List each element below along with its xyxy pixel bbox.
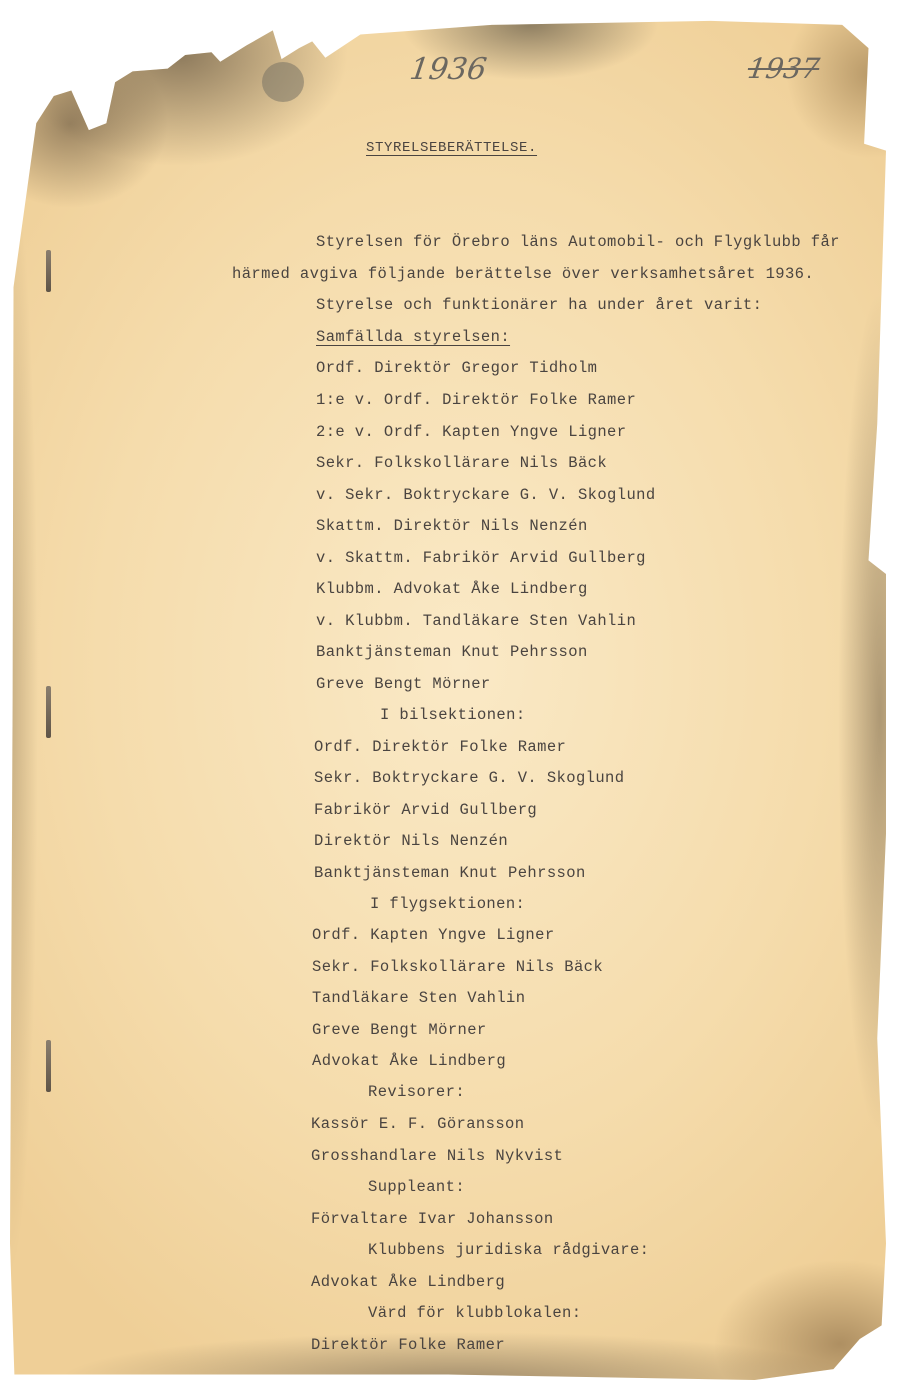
document-title: STYRELSEBERÄTTELSE. (366, 140, 537, 156)
member-line: Sekr. Folkskollärare Nils Bäck (316, 454, 607, 472)
section-heading-vard-klubblokalen: Värd för klubblokalen: (368, 1304, 581, 1322)
member-line: Klubbm. Advokat Åke Lindberg (316, 580, 588, 598)
member-line: v. Skattm. Fabrikör Arvid Gullberg (316, 549, 646, 567)
member-line: Ordf. Direktör Gregor Tidholm (316, 359, 597, 377)
staple-mark (46, 250, 51, 292)
member-line: Grosshandlare Nils Nykvist (311, 1147, 563, 1165)
handwritten-struck-year: 1937 (746, 52, 822, 85)
intro-line-2: härmed avgiva följande berättelse över v… (232, 265, 814, 283)
staple-mark (46, 686, 51, 738)
member-line: Förvaltare Ivar Johansson (311, 1210, 554, 1228)
member-line: Ordf. Kapten Yngve Ligner (312, 926, 555, 944)
burn-hole-mark (262, 62, 304, 102)
member-line: 2:e v. Ordf. Kapten Yngve Ligner (316, 423, 626, 441)
handwritten-year: 1936 (408, 52, 489, 87)
member-line: Greve Bengt Mörner (312, 1021, 487, 1039)
member-line: Sekr. Folkskollärare Nils Bäck (312, 958, 603, 976)
member-line: Greve Bengt Mörner (316, 675, 491, 693)
member-line: 1:e v. Ordf. Direktör Folke Ramer (316, 391, 636, 409)
member-line: v. Klubbm. Tandläkare Sten Vahlin (316, 612, 636, 630)
member-line: Kassör E. F. Göransson (311, 1115, 524, 1133)
section-heading-samfallda-styrelsen: Samfällda styrelsen: (316, 328, 510, 346)
member-line: Banktjänsteman Knut Pehrsson (316, 643, 588, 661)
burnt-paper-page (10, 14, 886, 1380)
member-line: Tandläkare Sten Vahlin (312, 989, 525, 1007)
member-line: Direktör Nils Nenzén (314, 832, 508, 850)
intro-line-1: Styrelsen för Örebro läns Automobil- och… (316, 233, 840, 251)
member-line: Advokat Åke Lindberg (312, 1052, 506, 1070)
member-line: Direktör Folke Ramer (311, 1336, 505, 1354)
member-line: Banktjänsteman Knut Pehrsson (314, 864, 586, 882)
member-line: Skattm. Direktör Nils Nenzén (316, 517, 588, 535)
member-line: Sekr. Boktryckare G. V. Skoglund (314, 769, 624, 787)
section-heading-revisorer: Revisorer: (368, 1083, 465, 1101)
section-heading-suppleant: Suppleant: (368, 1178, 465, 1196)
member-line: Advokat Åke Lindberg (311, 1273, 505, 1291)
section-heading-flygsektionen: I flygsektionen: (370, 895, 525, 913)
member-line: Fabrikör Arvid Gullberg (314, 801, 537, 819)
staple-mark (46, 1040, 51, 1092)
section-heading-juridiska-radgivare: Klubbens juridiska rådgivare: (368, 1241, 649, 1259)
member-line: Ordf. Direktör Folke Ramer (314, 738, 566, 756)
intro-line-3: Styrelse och funktionärer ha under året … (316, 296, 762, 314)
section-heading-bilsektionen: I bilsektionen: (380, 706, 526, 724)
member-line: v. Sekr. Boktryckare G. V. Skoglund (316, 486, 656, 504)
